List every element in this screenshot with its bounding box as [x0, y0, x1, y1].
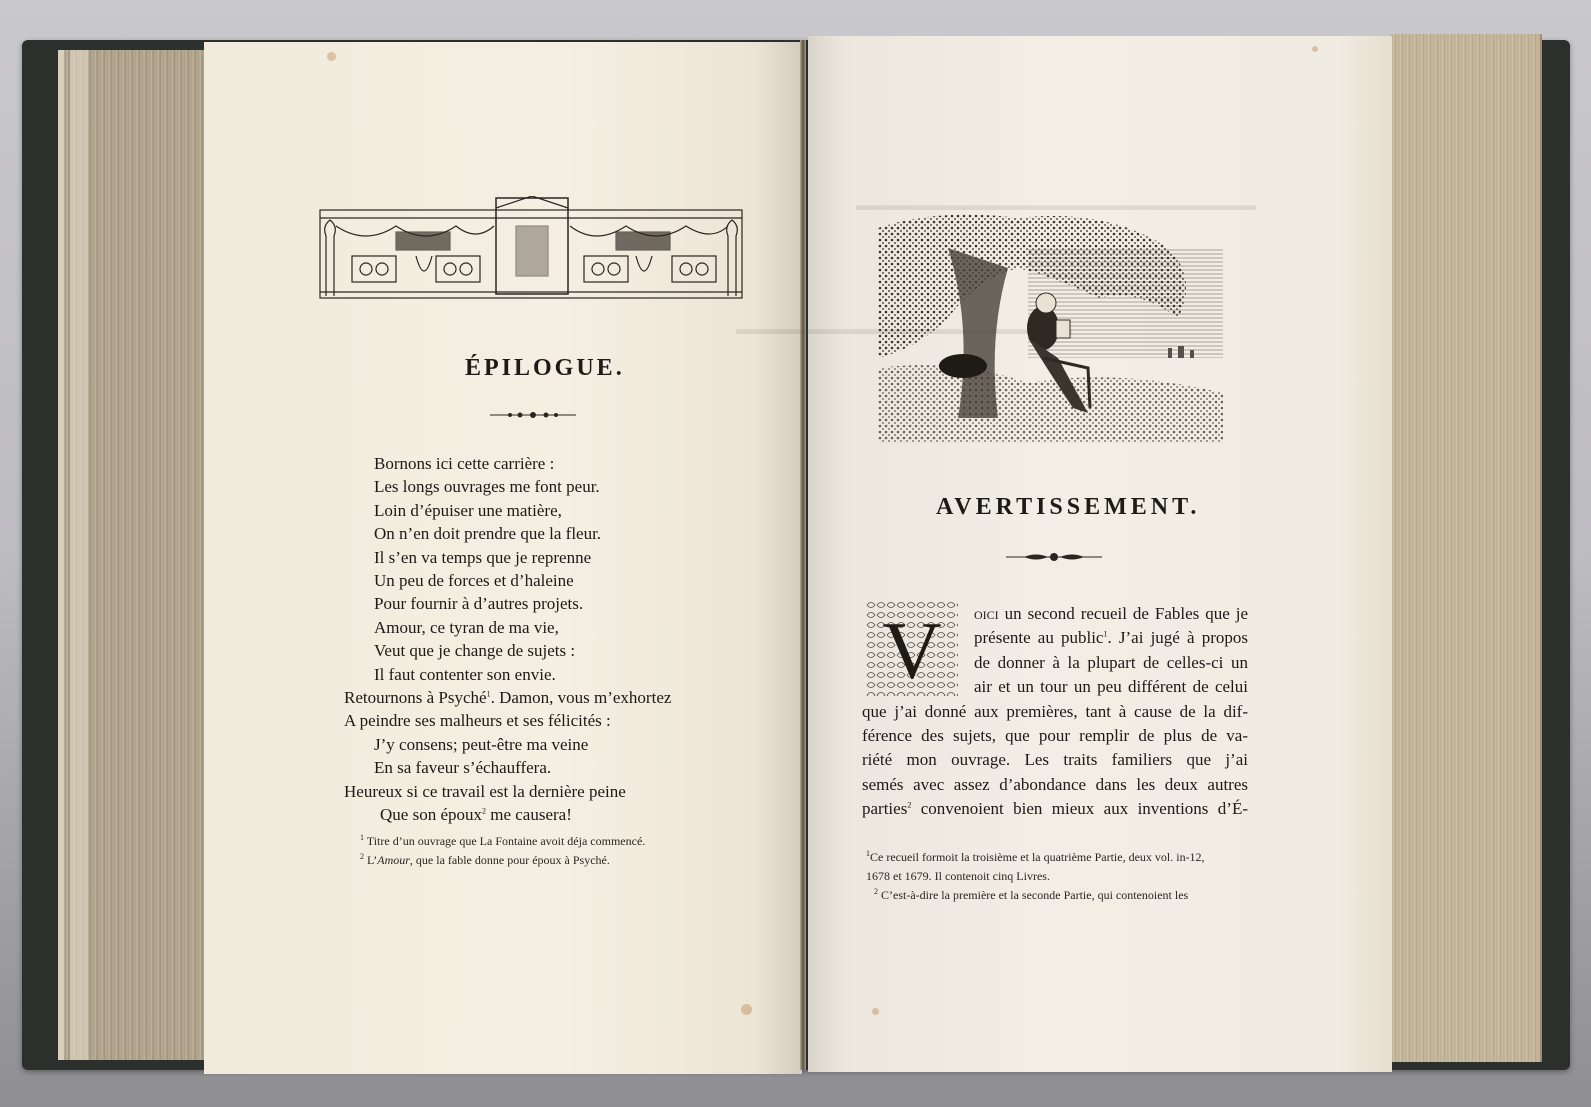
verse-line: Veut que je change de sujets : [344, 639, 704, 662]
left-page-edges [58, 50, 214, 1060]
verse-text: . Damon, vous m’exhortez [491, 688, 672, 707]
prose-line: présente au public1. J’ai jugé à propos [862, 626, 1248, 650]
prose-line: air et un tour un peu différent de celui [862, 675, 1248, 699]
verse-line: Heureux si ce travail est la dernière pe… [344, 780, 704, 803]
prose-text: un second recueil de Fables que je [999, 604, 1248, 623]
left-footnotes: 1 Titre d’un ouvrage que La Fontaine avo… [360, 832, 700, 870]
footnote: 2 L’Amour, que la fable donne pour époux… [360, 851, 700, 870]
verse-line: Il faut contenter son envie. [344, 663, 704, 686]
book-gutter [800, 40, 806, 1070]
verse-line: On n’en doit prendre que la fleur. [344, 522, 704, 545]
prose-line: oici un second recueil de Fables que je [862, 602, 1248, 626]
page-title-avertissement: AVERTISSEMENT. [936, 494, 1200, 521]
vignette-engraving [878, 208, 1223, 443]
footnote-italic: Amour [377, 853, 410, 867]
foxing-spot [327, 52, 336, 61]
footnote: 1Ce recueil formoit la troisième et la q… [866, 848, 1250, 867]
verse-text: Retournons à Psyché [344, 688, 487, 707]
verse-line: Amour, ce tyran de ma vie, [344, 616, 704, 639]
footnote-mark: 2 [874, 887, 878, 896]
decorative-rule-icon [1006, 552, 1102, 562]
prose-text: parties [862, 799, 907, 818]
epilogue-verse: Bornons ici cette carrière : Les longs o… [344, 452, 704, 827]
prose-line: semés avec assez d’abondance dans les de… [862, 773, 1248, 797]
prose-text: convenoient bien mieux aux inventions d’… [911, 799, 1248, 818]
verse-line: En sa faveur s’échauffera. [344, 756, 704, 779]
footnote-mark: 1 [360, 833, 364, 842]
frieze-engraving-icon [316, 196, 746, 304]
verse-line: J’y consens; peut-être ma veine [344, 733, 704, 756]
verse-line: Il s’en va temps que je reprenne [344, 546, 704, 569]
decorative-rule-icon [490, 410, 576, 420]
footnote-text: Titre d’un ouvrage que La Fontaine avoit… [367, 834, 645, 848]
avertissement-prose: oici un second recueil de Fables que je … [862, 602, 1248, 822]
footnote-text: L’ [367, 853, 377, 867]
footnote-text: , que la fable donne pour époux à Psyché… [410, 853, 610, 867]
prose-line: parties2 convenoient bien mieux aux inve… [862, 797, 1248, 821]
verse-line: Pour fournir à d’autres projets. [344, 592, 704, 615]
foxing-spot [741, 1004, 752, 1015]
footnote: 1 Titre d’un ouvrage que La Fontaine avo… [360, 832, 700, 851]
footnote-mark: 2 [360, 852, 364, 861]
footnote-text: 1678 et 1679. Il contenoit cinq Livres. [866, 869, 1050, 883]
footnote: 1678 et 1679. Il contenoit cinq Livres. [866, 867, 1250, 886]
footnote-text: C’est-à-dire la première et la seconde P… [881, 888, 1188, 902]
ornamental-headpiece [316, 196, 746, 304]
footnote-text: Ce recueil formoit la troisième et la qu… [870, 850, 1205, 864]
verse-line: Les longs ouvrages me font peur. [344, 475, 704, 498]
verse-line: Bornons ici cette carrière : [344, 452, 704, 475]
verse-line: Retournons à Psyché1. Damon, vous m’exho… [344, 686, 704, 709]
prose-line: riété mon ouvrage. Les traits familiers … [862, 748, 1248, 772]
verse-line: Loin d’épuiser une matière, [344, 499, 704, 522]
prose-line: de donner à la plupart de celles-ci un [862, 651, 1248, 675]
prose-text: . J’ai jugé à propos [1107, 628, 1248, 647]
prose-line: férence des sujets, que pour remplir de … [862, 724, 1248, 748]
reading-man-under-tree-icon [878, 208, 1223, 443]
prose-smallcaps: oici [974, 604, 999, 623]
page-title-epilogue: ÉPILOGUE. [465, 355, 625, 382]
verse-line: A peindre ses malheurs et ses félicités … [344, 709, 704, 732]
foxing-spot [1312, 46, 1318, 52]
prose-text: présente au public [974, 628, 1103, 647]
right-page-edges [1390, 34, 1542, 1062]
footnote: 2 C’est-à-dire la première et la seconde… [866, 886, 1250, 905]
verse-text: Que son époux [380, 805, 482, 824]
foxing-spot [872, 1008, 879, 1015]
prose-line: que j’ai donné aux premières, tant à cau… [862, 700, 1248, 724]
verse-line: Que son époux2 me causera! [344, 803, 704, 826]
verse-line: Un peu de forces et d’haleine [344, 569, 704, 592]
verse-text: me causera! [486, 805, 572, 824]
right-footnotes: 1Ce recueil formoit la troisième et la q… [866, 848, 1250, 905]
